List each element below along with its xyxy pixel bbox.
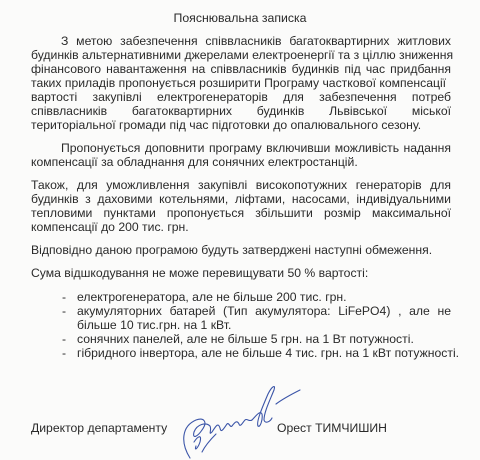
paragraph-3-line: компенсації до 200 тис. грн. <box>31 220 451 234</box>
paragraph-2-line: компенсації за обладнання для сонячних е… <box>31 155 451 169</box>
paragraph-1-line: таких приладів пропонується розширити Пр… <box>31 76 451 90</box>
list-item: гібридного інвертора, але не більше 4 ти… <box>77 346 451 360</box>
paragraph-1-line: будинків альтернативними джерелами елект… <box>31 48 451 62</box>
document-title: Пояснювальна записка <box>0 11 480 25</box>
list-item: акумуляторних батарей (Тип акумулятора: … <box>77 304 451 318</box>
paragraph-1-line: співвласників багатоквартирних будинків … <box>31 104 451 118</box>
paragraph-3-line: тепловими пунктами пропонується збільшит… <box>31 206 451 220</box>
paragraph-4: Відповідно даною програмою будуть затвер… <box>31 243 451 257</box>
document-page: Пояснювальна записка З метою забезпеченн… <box>0 0 480 460</box>
paragraph-1-line: фінансового навантаження на співвласникі… <box>31 62 451 76</box>
list-item: електрогенератора, але не більше 200 тис… <box>77 290 451 304</box>
list-item: сонячних панелей, але не більше 5 грн. н… <box>77 332 451 346</box>
paragraph-1-line: вартості закупівлі електрогенераторів дл… <box>31 90 451 104</box>
paragraph-3-line: Також, для уможливлення закупівлі високо… <box>31 178 451 192</box>
paragraph-2-line: Пропонується доповнити програму включивш… <box>61 141 451 155</box>
list-bullet: - <box>62 346 66 360</box>
paragraph-5: Сума відшкодування не може перевищувати … <box>31 266 451 280</box>
list-bullet: - <box>62 290 66 304</box>
paragraph-1-line: територіальної громади під час підготовк… <box>31 118 451 132</box>
paragraph-1-line: З метою забезпечення співвласників багат… <box>61 34 451 48</box>
list-bullet: - <box>62 304 66 318</box>
signatory-name: Орест ТИМЧИШИН <box>277 421 387 435</box>
signatory-position: Директор департаменту <box>31 421 167 435</box>
list-bullet: - <box>62 332 66 346</box>
paragraph-3-line: будинків з даховими котельнями, ліфтами,… <box>31 192 451 206</box>
list-item-continuation: більше 10 тис.грн. на 1 кВт. <box>77 318 451 332</box>
